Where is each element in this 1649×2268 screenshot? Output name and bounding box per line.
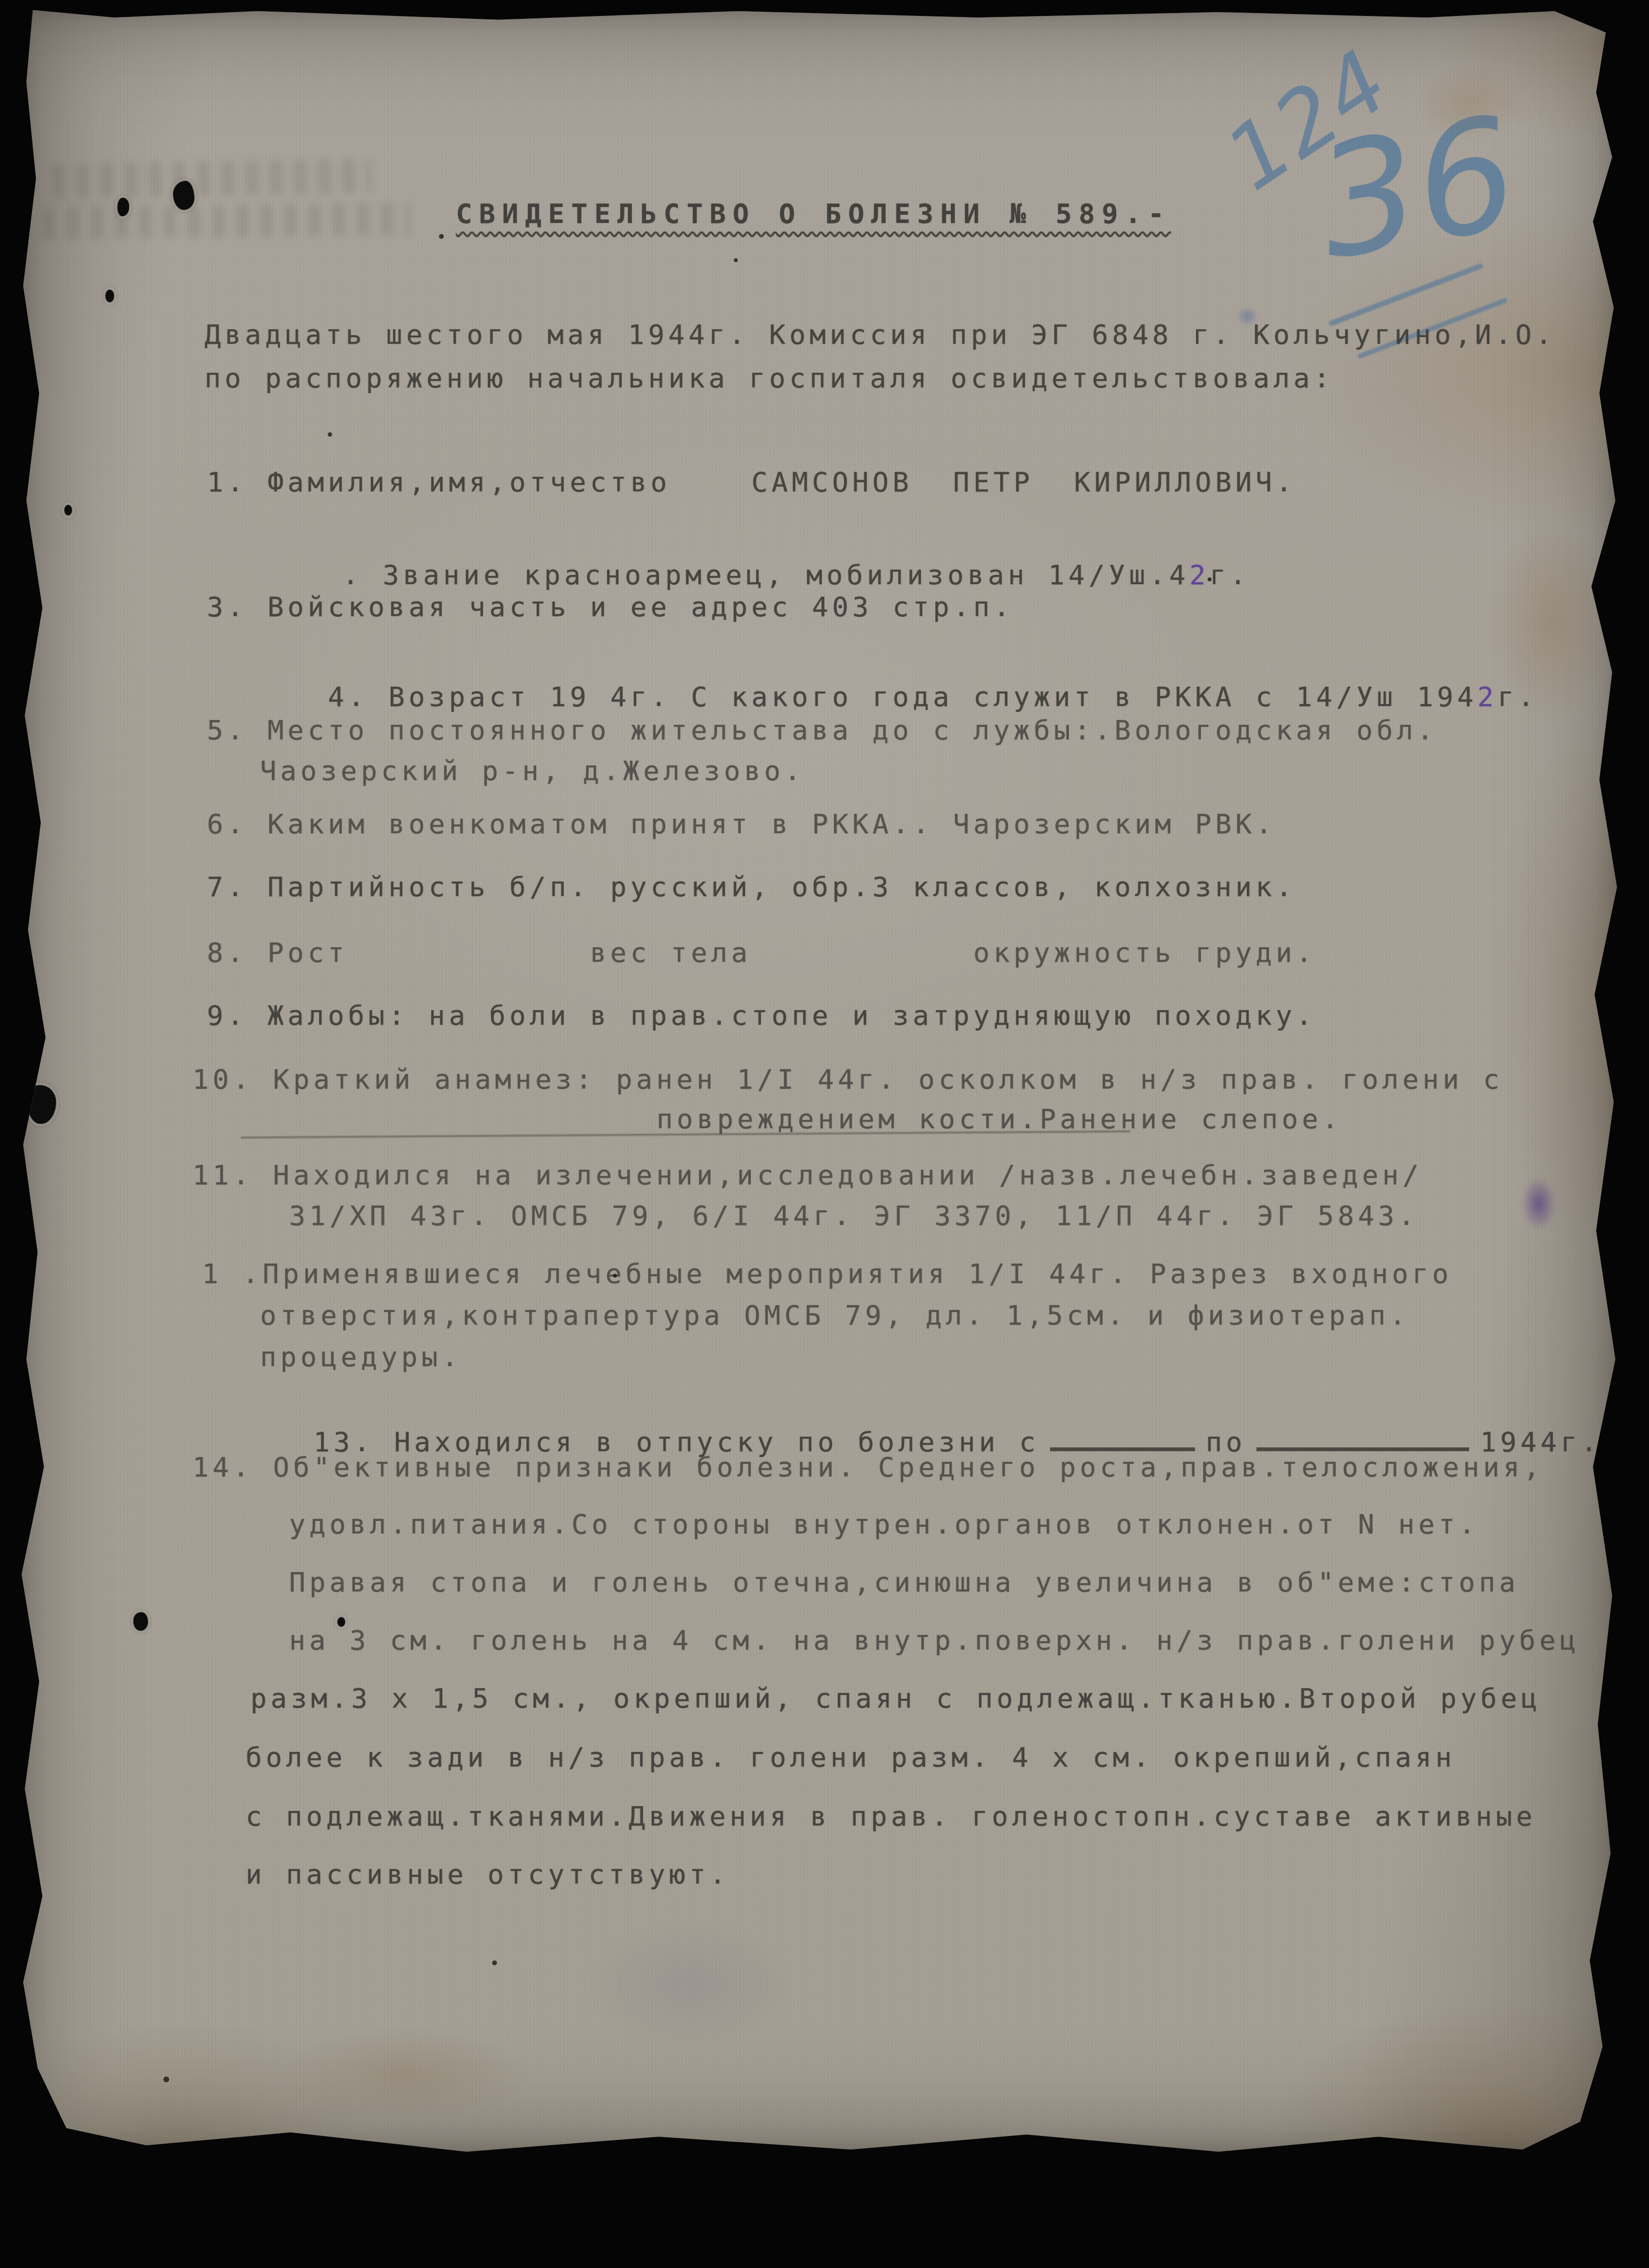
paper-hole [173,181,194,210]
field-procedures-line: отверстия,контрапертура ОМСБ 79, дл. 1,5… [260,1302,1410,1330]
speck [613,1274,617,1278]
field-residence-line: 5. Место постоянного жительстава до с лу… [207,717,1437,745]
field-height-weight: 8. Рост вес тела окружность груди. [207,939,1316,968]
paper-hole [117,198,129,216]
paper-hole [337,1617,345,1627]
ghost-bleed-text [52,159,371,198]
ink-correction: 2 [1189,560,1210,591]
paper-hole [64,505,72,515]
field-anamnesis-line: 10. Краткий анамнез: ранен 1/I 44г. оско… [192,1066,1503,1094]
field-objective-signs-line: Правая стопа и голень отечна,синюшна уве… [289,1569,1519,1597]
ink-correction: 2 [1477,681,1498,713]
field-treatment-history-line: 31/ХП 43г. ОМСБ 79, 6/I 44г. ЭГ 3370, 11… [289,1202,1418,1231]
field-party-education: 7. Партийность б/п. русский, обр.3 класс… [207,873,1296,902]
field-complaints: 9. Жалобы: на боли в прав.стопе и затруд… [207,1002,1316,1031]
photo-background: СВИДЕТЕЛЬСТВО О БОЛЕЗНИ № 589.- 124 36 Д… [0,0,1649,2268]
field-objective-signs-line: с подлежащ.тканями.Движения в прав. голе… [246,1803,1536,1831]
field-objective-signs-line: и пассивные отсутствуют. [246,1861,730,1889]
speck [163,2077,169,2082]
paper-edge-tear [28,1085,56,1124]
field-objective-signs-line: более к зади в н/з прав. голени разм. 4 … [246,1744,1456,1772]
blank-line [1050,1426,1195,1451]
field-objective-signs-line: удовл.питания.Со стороны внутрен.органов… [289,1511,1479,1539]
field-procedures-line: 1 .Применявшиеся лечебные мероприятия 1/… [202,1260,1452,1289]
field-anamnesis-line: повреждением кости.Ранение слепое. [657,1105,1342,1134]
ink-blot [1522,1177,1556,1230]
stain [589,1922,792,2047]
stain [279,2028,531,2125]
speck [492,1960,497,1965]
field-name: 1. Фамилия,имя,отчество САМСОНОВ ПЕТР КИ… [207,469,1296,497]
field-objective-signs-line: на 3 см. голень на 4 см. на внутр.поверх… [289,1627,1580,1655]
paper-hole [133,1612,148,1631]
blank-line [1256,1426,1469,1451]
document-page: СВИДЕТЕЛЬСТВО О БОЛЕЗНИ № 589.- 124 36 Д… [18,7,1619,2154]
speck [328,432,332,437]
field-treatment-history-line: 11. Находился на излечении,исследовании … [192,1162,1423,1190]
speck [439,234,444,239]
intro-line: Двадцать шестого мая 1944г. Комиссия при… [204,321,1556,350]
paper-hole [105,290,114,302]
intro-line: по распоряжению начальника госпиталя осв… [204,365,1334,393]
handwritten-file-number: 36 [1305,83,1530,294]
speck [1208,577,1211,581]
field-military-unit: 3. Войсковая часть и ее адрес 403 стр.п. [207,593,1014,622]
field-objective-signs-line: 14. Об"ективные признаки болезни. Средне… [192,1454,1544,1482]
ghost-bleed-text [43,203,410,239]
document-title: СВИДЕТЕЛЬСТВО О БОЛЕЗНИ № 589.- [456,200,1171,229]
field-objective-signs-line: разм.3 х 1,5 см., окрепший, спаян с подл… [250,1685,1541,1713]
field-enlistment-office: 6. Каким военкоматом принят в РККА.. Чар… [207,810,1276,839]
speck [734,258,738,262]
field-procedures-line: процедуры. [260,1343,462,1372]
field-residence-line: Чаозерский р-н, д.Железово. [260,757,804,786]
